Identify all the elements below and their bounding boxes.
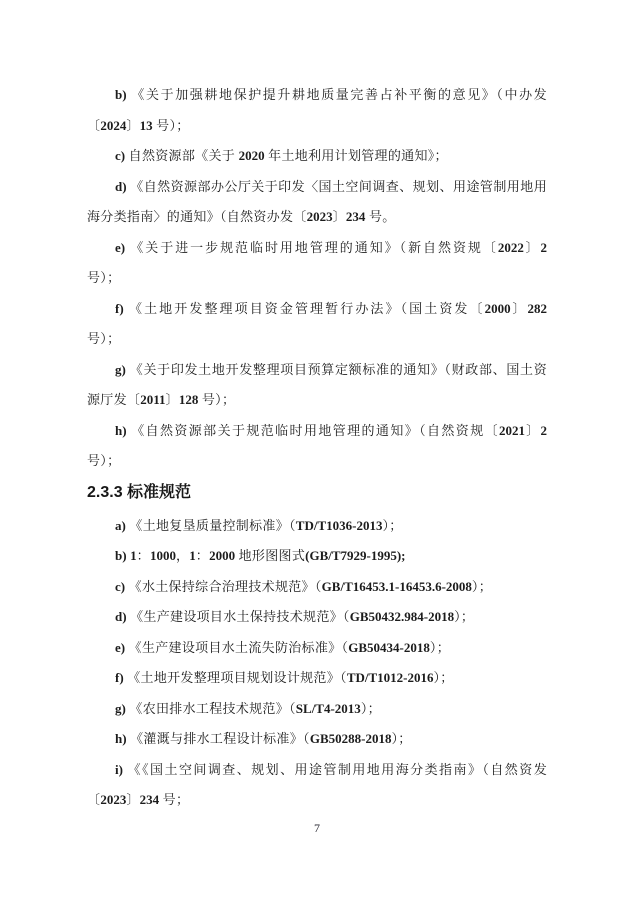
document-page: b) 《关于加强耕地保护提升耕地质量完善占补平衡的意见》（中办发 〔2024〕1… (0, 0, 634, 897)
doc-line: 〔2024〕13 号）； (87, 111, 547, 142)
standards-list: a) 《土地复垦质量控制标准》（TD/T1036-2013）； b) 1：100… (87, 511, 547, 816)
doc-line: e) 《关于进一步规范临时用地管理的通知》（新自然资规〔2022〕2 (87, 233, 547, 264)
doc-line: e) 《生产建设项目水土流失防治标准》（GB50434-2018）； (87, 633, 547, 664)
doc-line: g) 《农田排水工程技术规范》（SL/T4-2013）； (87, 694, 547, 725)
doc-line: b) 1：1000，1：2000 地形图图式(GB/T7929-1995); (87, 541, 547, 572)
doc-line: c) 《水土保持综合治理技术规范》（GB/T16453.1-16453.6-20… (87, 572, 547, 603)
doc-line: h) 《自然资源部关于规范临时用地管理的通知》（自然资规〔2021〕2 (87, 416, 547, 447)
doc-line: b) 《关于加强耕地保护提升耕地质量完善占补平衡的意见》（中办发 (87, 80, 547, 111)
doc-line: g) 《关于印发土地开发整理项目预算定额标准的通知》（财政部、国土资 (87, 355, 547, 386)
page-number: 7 (0, 821, 634, 836)
doc-line: a) 《土地复垦质量控制标准》（TD/T1036-2013）； (87, 511, 547, 542)
doc-line: 号）； (87, 446, 547, 477)
doc-line: d) 《自然资源部办公厅关于印发〈国土空间调查、规划、用途管制用地用 (87, 172, 547, 203)
doc-line: 源厅发〔2011〕128 号）； (87, 385, 547, 416)
doc-line: c) 自然资源部《关于 2020 年土地利用计划管理的通知》； (87, 141, 547, 172)
doc-line: 〔2023〕234 号； (87, 785, 547, 816)
doc-line: f) 《土地开发整理项目资金管理暂行办法》（国土资发〔2000〕282 (87, 294, 547, 325)
doc-line: 号）； (87, 263, 547, 294)
doc-line: h) 《灌溉与排水工程设计标准》（GB50288-2018）； (87, 724, 547, 755)
doc-line: f) 《土地开发整理项目规划设计规范》（TD/T1012-2016）； (87, 663, 547, 694)
doc-line: 海分类指南〉的通知》（自然资办发〔2023〕234 号。 (87, 202, 547, 233)
regulations-list: b) 《关于加强耕地保护提升耕地质量完善占补平衡的意见》（中办发 〔2024〕1… (87, 80, 547, 477)
doc-line: i) 《《国土空间调查、规划、用途管制用地用海分类指南》（自然资发 (87, 755, 547, 786)
doc-line: 号）； (87, 324, 547, 355)
doc-line: d) 《生产建设项目水土保持技术规范》（GB50432.984-2018）； (87, 602, 547, 633)
section-heading: 2.3.3 标准规范 (87, 480, 547, 506)
